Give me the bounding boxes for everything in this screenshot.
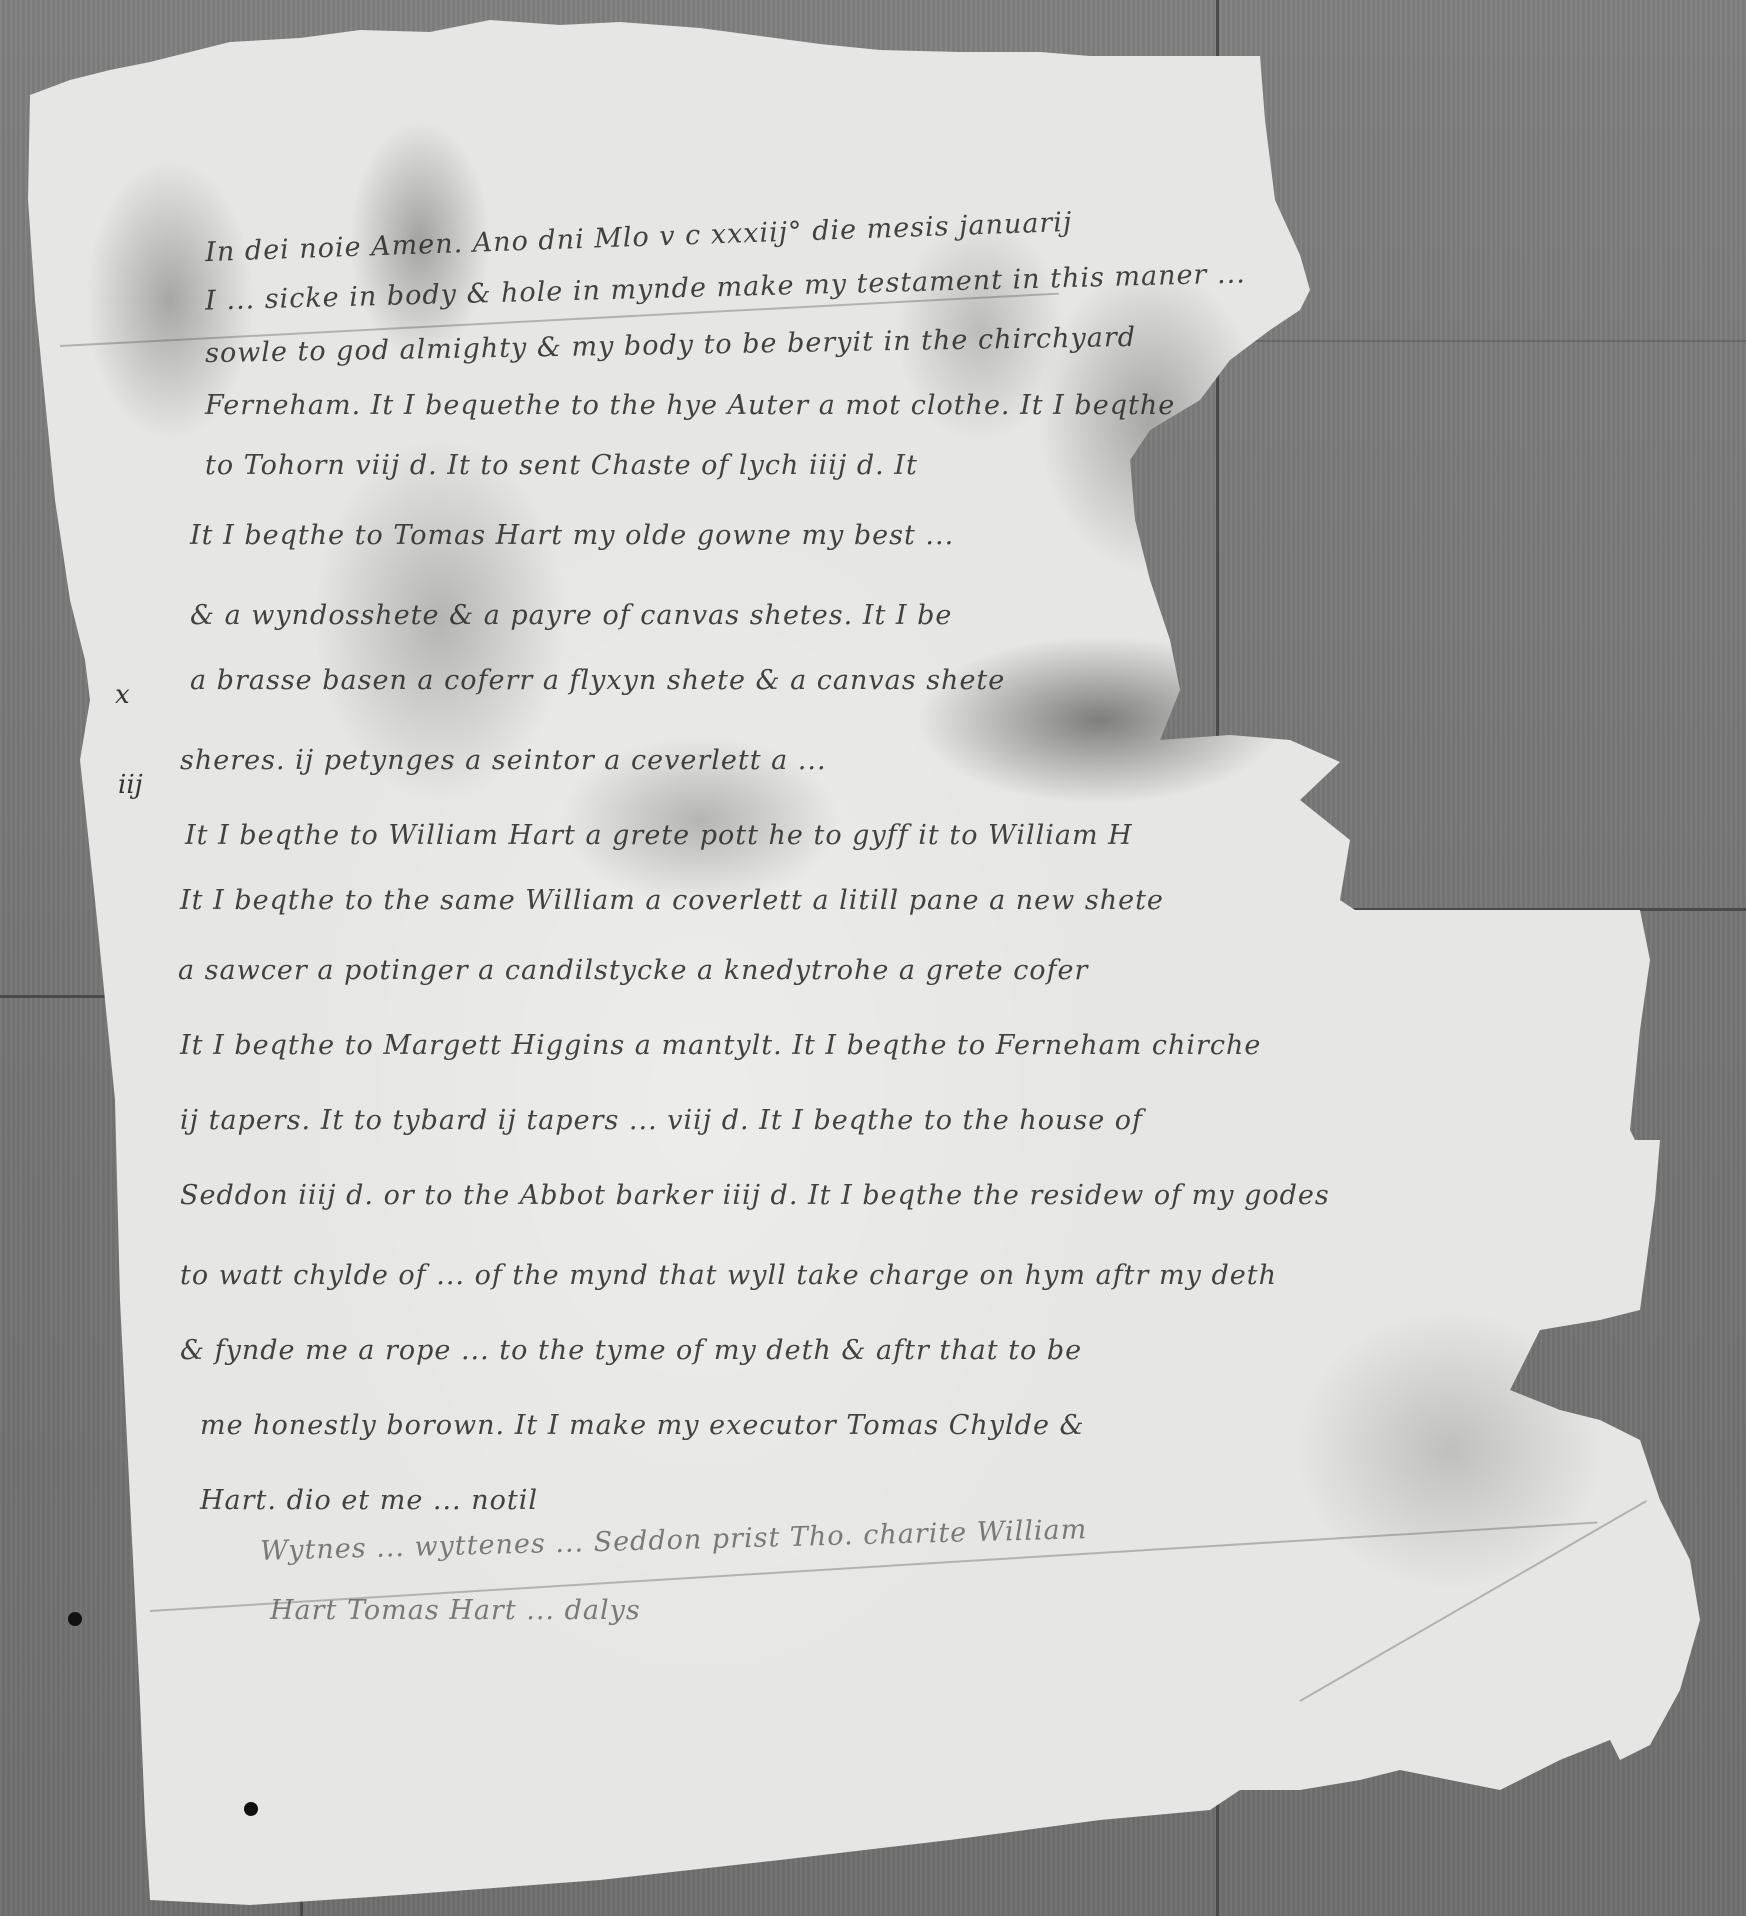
text-line: Hart. dio et me ... notil	[200, 1485, 538, 1516]
manuscript-text: In dei noie Amen. Ano dni Mlo v c xxxiij…	[0, 0, 1746, 1916]
text-line: me honestly borown. It I make my executo…	[200, 1410, 1085, 1441]
text-line: It I beqthe to Margett Higgins a mantylt…	[180, 1030, 1261, 1061]
text-line: & fynde me a rope ... to the tyme of my …	[180, 1335, 1082, 1366]
text-line: sheres. ij petynges a seintor a ceverlet…	[180, 745, 827, 776]
text-line: In dei noie Amen. Ano dni Mlo v c xxxiij…	[205, 207, 1073, 268]
text-line: It I beqthe to William Hart a grete pott…	[185, 820, 1133, 851]
text-line: a sawcer a potinger a candilstycke a kne…	[178, 955, 1088, 986]
text-line: a brasse basen a coferr a flyxyn shete &…	[190, 665, 1005, 696]
margin-note: x	[115, 680, 130, 710]
text-line: ij tapers. It to tybard ij tapers ... vi…	[180, 1105, 1143, 1136]
margin-note: iij	[118, 770, 143, 800]
text-line: I ... sicke in body & hole in mynde make…	[205, 258, 1246, 316]
text-line: Wytnes ... wyttenes ... Seddon prist Tho…	[260, 1514, 1088, 1567]
binding-hole	[68, 1612, 82, 1626]
text-line: Seddon iiij d. or to the Abbot barker ii…	[180, 1180, 1330, 1211]
text-line: sowle to god almighty & my body to be be…	[205, 322, 1136, 369]
text-line: to Tohorn viij d. It to sent Chaste of l…	[205, 450, 918, 481]
text-line: to watt chylde of ... of the mynd that w…	[180, 1260, 1277, 1291]
text-line: & a wyndosshete & a payre of canvas shet…	[190, 600, 952, 631]
text-line: It I beqthe to Tomas Hart my olde gowne …	[190, 520, 954, 551]
text-line: Hart Tomas Hart ... dalys	[270, 1595, 641, 1626]
binding-hole	[244, 1802, 258, 1816]
text-line: Ferneham. It I bequethe to the hye Auter…	[205, 390, 1175, 421]
text-line: It I beqthe to the same William a coverl…	[180, 885, 1164, 916]
